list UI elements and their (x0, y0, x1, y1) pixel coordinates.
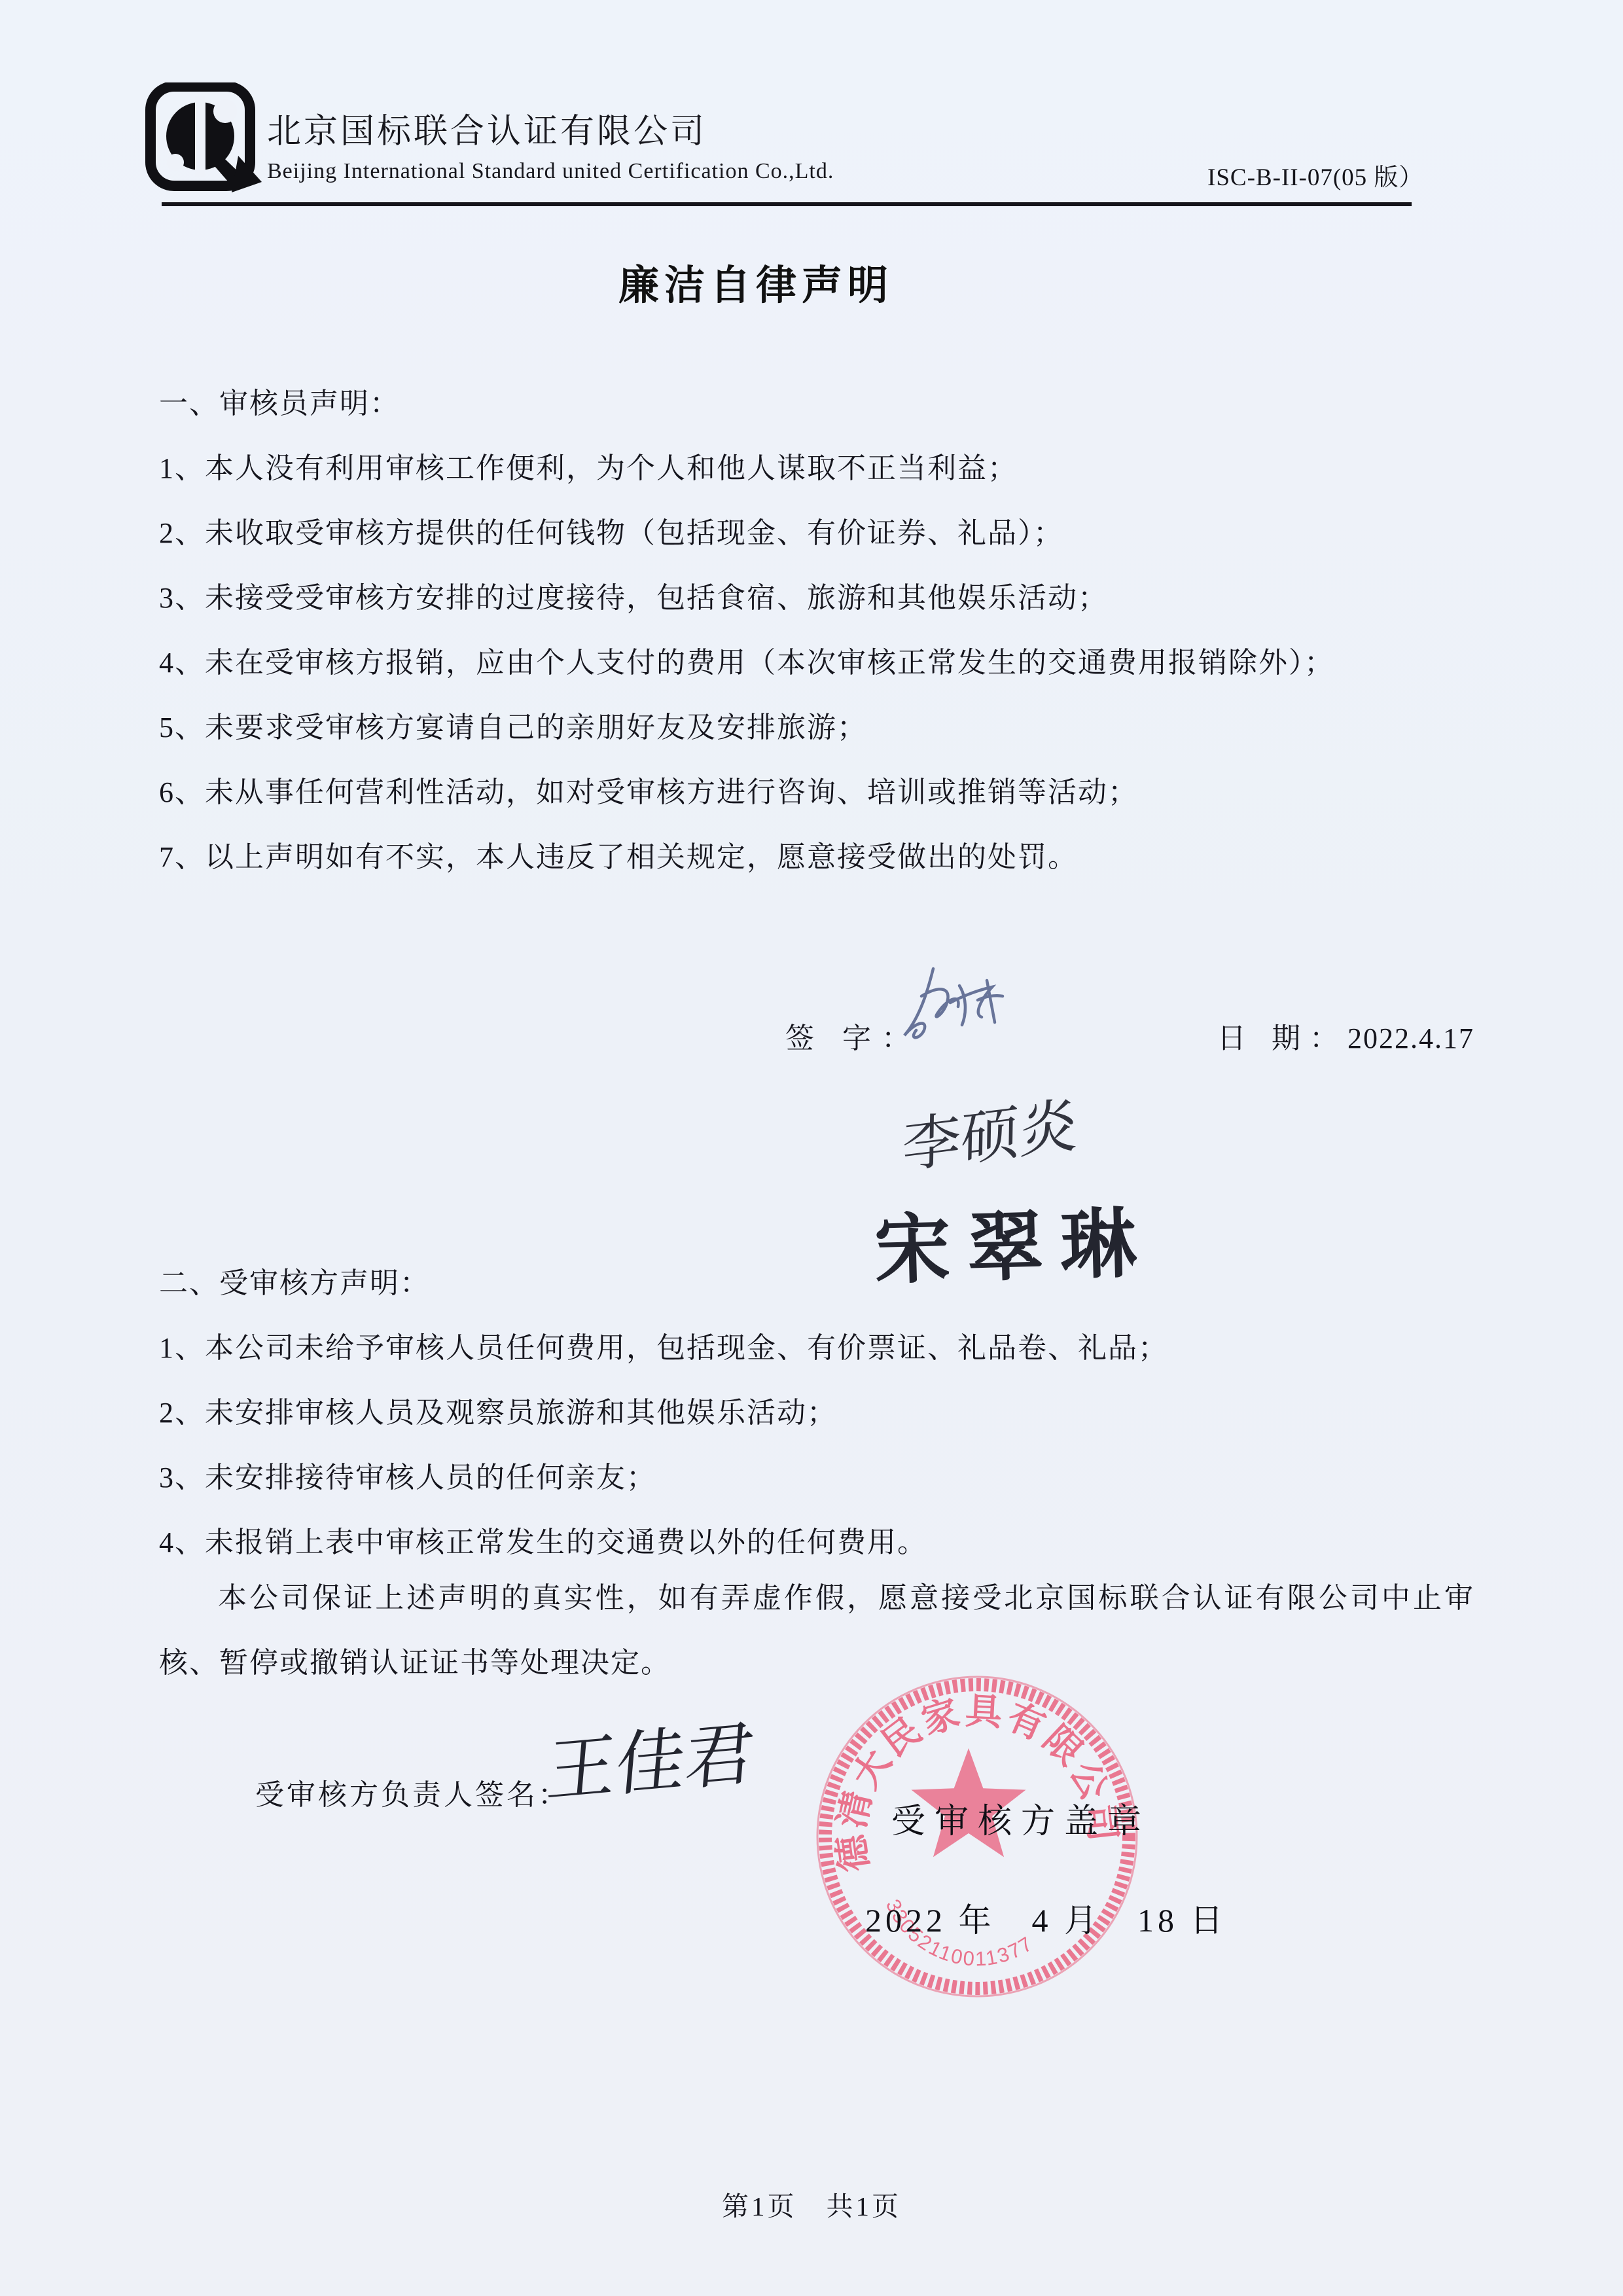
section1-heading: 一、审核员声明： (159, 368, 1334, 433)
stamp-date: 2022 年 4 月 18 日 (865, 1894, 1227, 1941)
auditee-signature-handwriting: 王佳君 (543, 1697, 759, 1816)
page-number: 第1页 共1页 (0, 2185, 1623, 2223)
section2-item: 1、本公司未给予审核人员任何费用，包括现金、有价票证、礼品卷、礼品； (159, 1312, 1168, 1377)
date-line: 日 期：2022.4.17 (1217, 1014, 1474, 1056)
header-divider (162, 202, 1412, 206)
section2-item: 3、未安排接待审核人员的任何亲友； (159, 1442, 1168, 1507)
date-value: 2022.4.17 (1347, 1022, 1474, 1054)
company-name-en: Beijing International Standard united Ce… (267, 159, 834, 184)
form-number: ISC-B-II-07(05 版） (1207, 157, 1423, 192)
auditee-sign-label: 受审核方负责人签名： (255, 1771, 569, 1813)
company-name-cn: 北京国标联合认证有限公司 (267, 103, 707, 152)
section2-item: 2、未安排审核人员及观察员旅游和其他娱乐活动； (159, 1377, 1168, 1442)
company-logo-icon (145, 82, 276, 200)
section1-item: 3、未接受受审核方安排的过度接待，包括食宿、旅游和其他娱乐活动； (159, 562, 1334, 627)
section1-item: 4、未在受审核方报销，应由个人支付的费用（本次审核正常发生的交通费用报销除外）； (159, 627, 1334, 692)
auditor-declaration-section: 一、审核员声明： 1、本人没有利用审核工作便利，为个人和他人谋取不正当利益； 2… (159, 368, 1334, 886)
section1-item: 2、未收取受审核方提供的任何钱物（包括现金、有价证券、礼品）； (159, 497, 1334, 562)
stamp-caption: 受审核方盖章 (891, 1793, 1150, 1842)
date-label: 日 期： (1217, 1022, 1347, 1054)
section1-item: 7、以上声明如有不实，本人违反了相关规定，愿意接受做出的处罚。 (159, 821, 1334, 886)
auditee-declaration-section: 二、受审核方声明： 1、本公司未给予审核人员任何费用，包括现金、有价票证、礼品卷… (159, 1247, 1168, 1571)
section1-item: 6、未从事任何营利性活动，如对受审核方进行咨询、培训或推销等活动； (159, 757, 1334, 821)
auditor-signature-1-handwriting (882, 957, 1039, 1062)
section2-item: 4、未报销上表中审核正常发生的交通费以外的任何费用。 (159, 1507, 1168, 1571)
section2-heading: 二、受审核方声明： (159, 1247, 1168, 1312)
document-page: 北京国标联合认证有限公司 Beijing International Stand… (0, 0, 1623, 2296)
section1-item: 5、未要求受审核方宴请自己的亲朋好友及安排旅游； (159, 692, 1334, 757)
auditor-signature-2-handwriting: 李硕炎 (902, 1077, 1079, 1184)
page-title: 廉洁自律声明 (0, 253, 1512, 311)
section1-item: 1、本人没有利用审核工作便利，为个人和他人谋取不正当利益； (159, 433, 1334, 497)
